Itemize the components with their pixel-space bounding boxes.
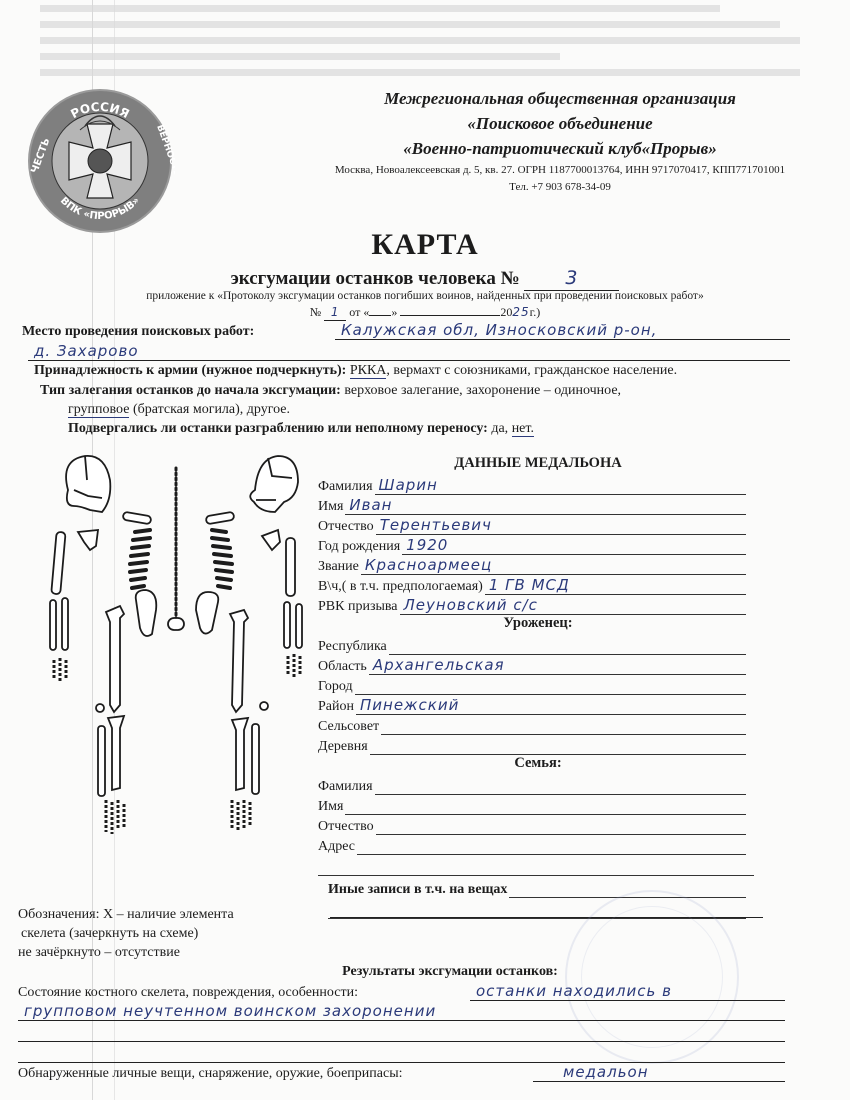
family-field-input[interactable] xyxy=(345,797,746,815)
family-field[interactable]: Отчество xyxy=(318,815,758,835)
medallion-field-input[interactable]: Терентьевич xyxy=(376,517,746,535)
burial-option-group-selected[interactable]: групповое xyxy=(68,402,129,418)
burial-option-other[interactable]: (братская могила), другое. xyxy=(133,402,290,417)
condition-label: Состояние костного скелета, повреждения,… xyxy=(18,985,358,1001)
native-field-input[interactable] xyxy=(389,637,746,655)
family-address-extra-line[interactable] xyxy=(318,855,754,876)
condition-field-4[interactable] xyxy=(18,1045,785,1063)
medallion-field-value: Шарин xyxy=(379,476,438,494)
femur-right xyxy=(230,610,248,712)
org-line-1: Межрегиональная общественная организация xyxy=(300,86,820,111)
native-field-input[interactable]: Архангельская xyxy=(369,657,746,675)
burial-type-line-2: групповое (братская могила), другое. xyxy=(68,402,290,418)
other-records-field[interactable]: Иные записи в т.ч. на вещах xyxy=(318,876,758,898)
native-field[interactable]: ОбластьАрхангельская xyxy=(318,655,758,675)
document-title: КАРТА xyxy=(0,228,850,262)
medallion-field[interactable]: ИмяИван xyxy=(318,495,758,515)
search-site-field-1[interactable]: Калужская обл, Износковский р-он, xyxy=(335,322,790,340)
medallion-field-label: Фамилия xyxy=(318,479,375,495)
native-field[interactable]: РайонПинежский xyxy=(318,695,758,715)
search-site-label: Место проведения поисковых работ: xyxy=(22,324,254,340)
medallion-field[interactable]: ФамилияШарин xyxy=(318,475,758,495)
condition-field-1[interactable]: останки находились в xyxy=(470,983,785,1001)
card-number: 3 xyxy=(565,267,578,289)
medallion-field[interactable]: В\ч,( в т.ч. предпологаемая)1 ГВ МСД xyxy=(318,575,758,595)
family-field-label: Адрес xyxy=(318,839,357,855)
looting-question: Подвергались ли останки разграблению или… xyxy=(68,421,534,437)
medallion-field-input[interactable]: Иван xyxy=(345,497,746,515)
native-field-input[interactable] xyxy=(355,677,746,695)
tibia-left xyxy=(108,716,124,790)
native-heading: Уроженец: xyxy=(318,615,758,635)
ribs-left xyxy=(130,530,150,588)
medallion-field-label: Отчество xyxy=(318,519,376,535)
native-field[interactable]: Деревня xyxy=(318,735,758,755)
native-field[interactable]: Город xyxy=(318,675,758,695)
protocol-day-field[interactable] xyxy=(369,315,391,316)
pelvis-right xyxy=(196,592,218,634)
medallion-field-label: Имя xyxy=(318,499,345,515)
tibia-right xyxy=(232,718,248,790)
native-field[interactable]: Сельсовет xyxy=(318,715,758,735)
medallion-field-label: Год рождения xyxy=(318,539,402,555)
items-field[interactable]: медальон xyxy=(533,1064,785,1082)
family-field[interactable]: Имя xyxy=(318,795,758,815)
native-field-label: Область xyxy=(318,659,369,675)
medallion-field-input[interactable]: Красноармеец xyxy=(361,557,746,575)
items-field-2[interactable] xyxy=(18,1085,785,1100)
medallion-field-value: 1 ГВ МСД xyxy=(489,576,570,594)
protocol-number-field[interactable]: 1 xyxy=(324,305,346,321)
medallion-field-label: В\ч,( в т.ч. предпологаемая) xyxy=(318,579,485,595)
items-label: Обнаруженные личные вещи, снаряжение, ор… xyxy=(18,1066,403,1082)
army-option-wehrmacht[interactable]: вермахт с союзниками xyxy=(393,363,527,378)
protocol-year[interactable]: 25 xyxy=(512,305,529,319)
looting-option-no-selected[interactable]: нет. xyxy=(512,421,534,437)
army-option-civilian[interactable]: гражданское население. xyxy=(534,363,677,378)
org-logo-emblem: РОССИЯ ВПК «ПРОРЫВ» ЧЕСТЬ ВЕРНОСТЬ xyxy=(25,86,175,236)
medallion-field-input[interactable]: Леуновский с/с xyxy=(400,597,746,615)
medallion-field[interactable]: РВК призываЛеуновский с/с xyxy=(318,595,758,615)
foot-left xyxy=(106,800,124,834)
foot-right xyxy=(232,800,250,832)
protocol-month-field[interactable] xyxy=(400,315,500,316)
document-subtitle: эксгумации останков человека № 3 xyxy=(0,267,850,291)
org-address: Москва, Новоалексеевская д. 5, кв. 27. О… xyxy=(300,162,820,178)
burial-type-options[interactable]: верховое залегание, захоронение – одиноч… xyxy=(344,383,621,398)
scapula-left xyxy=(78,530,98,550)
skeleton-diagram[interactable] xyxy=(40,450,315,850)
family-heading: Семья: xyxy=(318,755,758,775)
native-field-input[interactable] xyxy=(370,737,746,755)
family-field-label: Фамилия xyxy=(318,779,375,795)
native-field-value: Архангельская xyxy=(373,656,505,674)
scapula-right xyxy=(262,530,280,550)
looting-option-yes[interactable]: да, xyxy=(491,421,508,436)
diagram-legend: Обозначения: Х – наличие элемента скелет… xyxy=(18,905,234,962)
medallion-field-label: РВК призыва xyxy=(318,599,400,615)
family-field[interactable]: Фамилия xyxy=(318,775,758,795)
protocol-reference: № 1 от «» 2025г.) xyxy=(0,305,850,321)
family-field-label: Имя xyxy=(318,799,345,815)
pelvis-left xyxy=(136,590,157,636)
bleed-through-text xyxy=(40,0,810,80)
card-number-field[interactable]: 3 xyxy=(524,267,619,291)
native-field-label: Деревня xyxy=(318,739,370,755)
medallion-field-value: 1920 xyxy=(406,536,448,554)
native-field-value: Пинежский xyxy=(360,696,459,714)
fibula-left xyxy=(98,726,105,796)
medallion-field-value: Терентьевич xyxy=(380,516,492,534)
family-field-input[interactable] xyxy=(375,777,746,795)
army-option-rkka-selected[interactable]: РККА xyxy=(350,363,387,379)
medallion-field-input[interactable]: 1 ГВ МСД xyxy=(485,577,746,595)
native-field-input[interactable]: Пинежский xyxy=(356,697,746,715)
medallion-field[interactable]: ОтчествоТерентьевич xyxy=(318,515,758,535)
medallion-field-input[interactable]: 1920 xyxy=(402,537,746,555)
humerus-right xyxy=(286,538,295,596)
org-line-3: «Военно-патриотический клуб«Прорыв» xyxy=(300,136,820,161)
native-field-label: Республика xyxy=(318,639,389,655)
results-heading: Результаты эксгумации останков: xyxy=(0,964,810,980)
medallion-field-input[interactable]: Шарин xyxy=(375,477,746,495)
protocol-annex-note: приложение к «Протоколу эксгумации остан… xyxy=(0,290,850,302)
hand-right xyxy=(288,654,300,678)
femur-left xyxy=(106,606,124,712)
condition-field-2[interactable]: групповом неучтенном воинском захоронени… xyxy=(18,1003,785,1021)
humerus-left xyxy=(51,532,65,595)
army-affiliation: Принадлежность к армии (нужное подчеркну… xyxy=(34,363,677,379)
org-line-2: «Поисковое объединение xyxy=(300,111,820,136)
condition-field-3[interactable] xyxy=(18,1024,785,1042)
medallion-field-value: Красноармеец xyxy=(365,556,492,574)
medallion-field[interactable]: ЗваниеКрасноармеец xyxy=(318,555,758,575)
search-site-field-2[interactable]: д. Захарово xyxy=(28,343,790,361)
medallion-field-value: Иван xyxy=(349,496,392,514)
subtitle-text: эксгумации останков человека № xyxy=(231,268,520,289)
hand-left xyxy=(54,658,66,682)
burial-type: Тип залегания останков до начала эксгума… xyxy=(40,383,621,399)
medallion-field[interactable]: Год рождения1920 xyxy=(318,535,758,555)
family-field-input[interactable] xyxy=(376,817,746,835)
medallion-heading: ДАННЫЕ МЕДАЛЬОНА xyxy=(318,455,758,475)
medallion-field-label: Звание xyxy=(318,559,361,575)
skull-left xyxy=(66,456,110,512)
medallion-field-value: Леуновский с/с xyxy=(404,596,538,614)
native-field-input[interactable] xyxy=(381,717,746,735)
family-field-label: Отчество xyxy=(318,819,376,835)
medallion-data-section: ДАННЫЕ МЕДАЛЬОНА ФамилияШаринИмяИванОтче… xyxy=(318,455,758,919)
family-field[interactable]: Адрес xyxy=(318,835,758,855)
native-field-label: Город xyxy=(318,679,355,695)
family-field-input[interactable] xyxy=(357,837,746,855)
ribs-right xyxy=(212,530,232,588)
native-field-label: Сельсовет xyxy=(318,719,381,735)
org-phone: Тел. +7 903 678-34-09 xyxy=(300,179,820,195)
fibula-right xyxy=(252,724,259,794)
native-field-label: Район xyxy=(318,699,356,715)
native-field[interactable]: Республика xyxy=(318,635,758,655)
skull-right xyxy=(250,456,298,512)
organization-header: Межрегиональная общественная организация… xyxy=(300,86,820,195)
